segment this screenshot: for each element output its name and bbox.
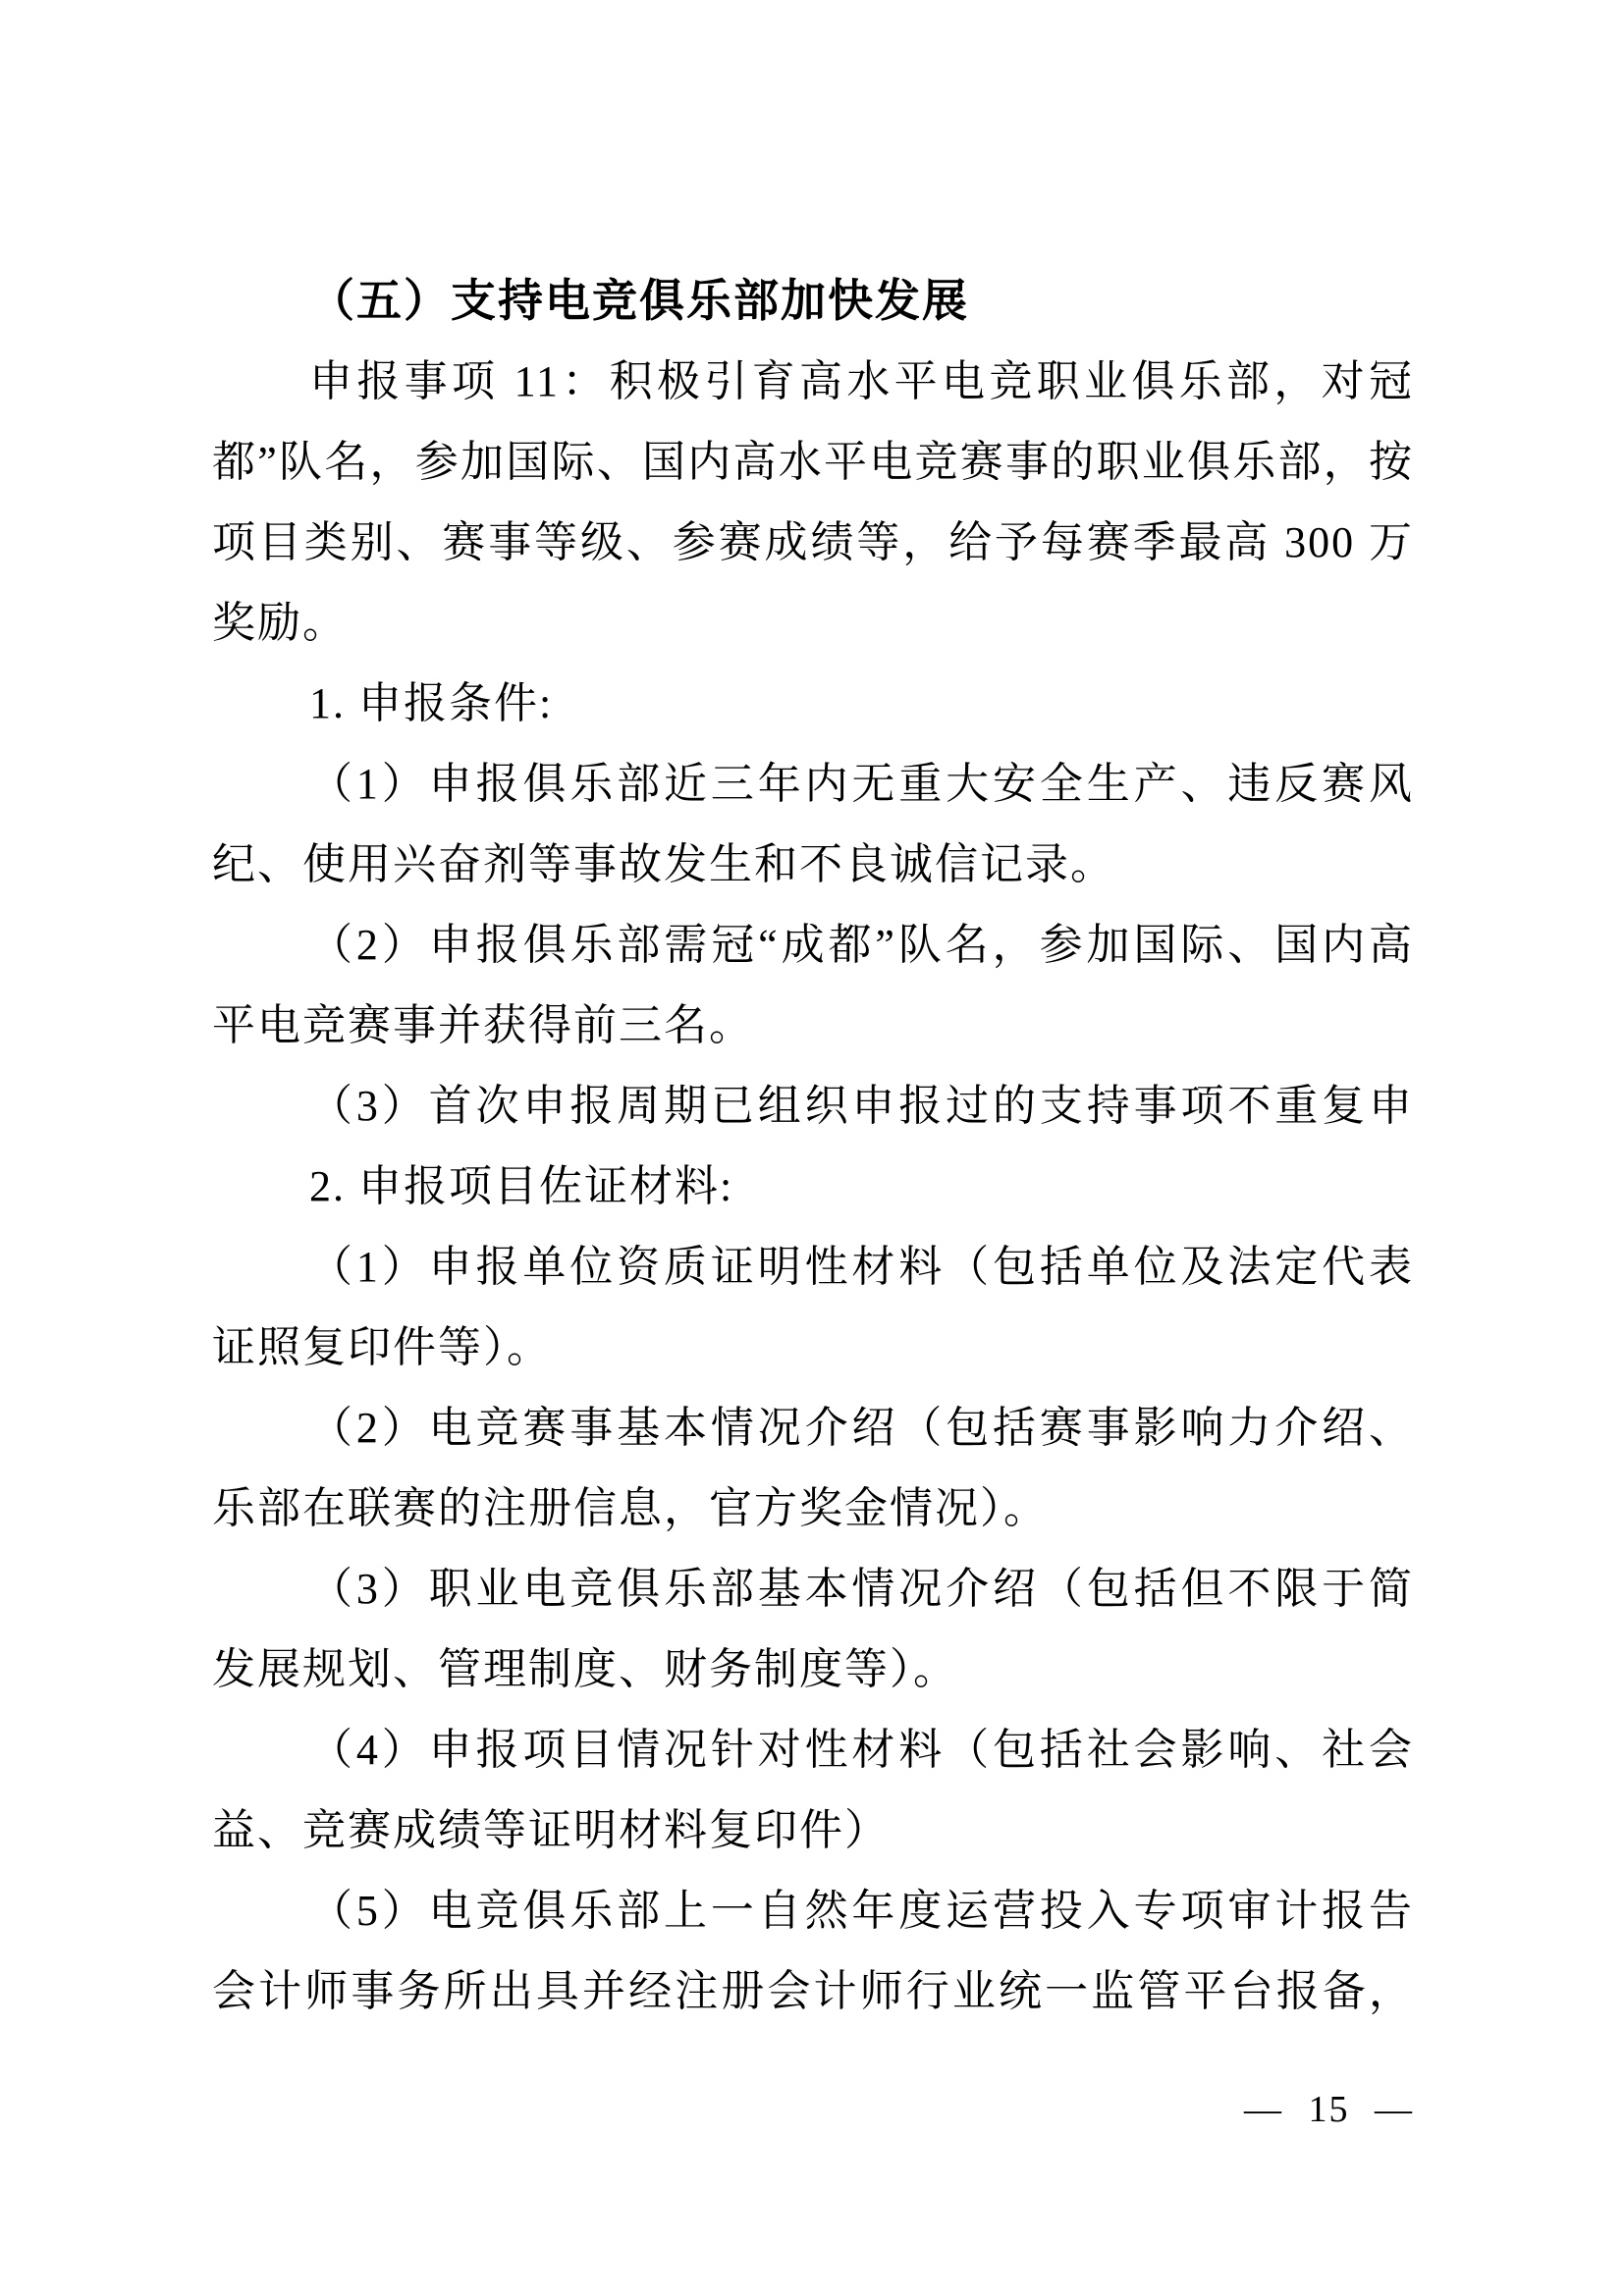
- text-line: 平电竞赛事并获得前三名。: [212, 986, 1414, 1066]
- text-line: 奖励。: [212, 583, 1414, 664]
- text-line: 益、竞赛成绩等证明材料复印件）: [212, 1790, 1414, 1871]
- text-line: 申报事项 11：积极引育高水平电竞职业俱乐部，对冠“成: [212, 342, 1414, 422]
- text-line: （2）电竞赛事基本情况介绍（包括赛事影响力介绍、俱: [212, 1388, 1414, 1468]
- text-line: （1）申报单位资质证明性材料（包括单位及法定代表人: [212, 1227, 1414, 1308]
- list-item-heading: 1. 申报条件:: [212, 664, 1414, 744]
- list-item-heading: 2. 申报项目佐证材料:: [212, 1147, 1414, 1227]
- text-line: 都”队名，参加国际、国内高水平电竞赛事的职业俱乐部，按: [212, 422, 1414, 503]
- text-line: （4）申报项目情况针对性材料（包括社会影响、社会效: [212, 1710, 1414, 1790]
- text-line: 项目类别、赛事等级、参赛成绩等，给予每赛季最高 300 万元: [212, 503, 1414, 583]
- text-line: （5）电竞俱乐部上一自然年度运营投入专项审计报告（由: [212, 1871, 1414, 1951]
- text-line: 会计师事务所出具并经注册会计师行业统一监管平台报备，报: [212, 1951, 1414, 2032]
- text-line: 发展规划、管理制度、财务制度等）。: [212, 1629, 1414, 1710]
- document-body: （五）支持电竞俱乐部加快发展 申报事项 11：积极引育高水平电竞职业俱乐部，对冠…: [212, 261, 1414, 2032]
- text-line: 证照复印件等）。: [212, 1308, 1414, 1388]
- text-line: （3）职业电竞俱乐部基本情况介绍（包括但不限于简介、: [212, 1549, 1414, 1629]
- text-line: 纪、使用兴奋剂等事故发生和不良诚信记录。: [212, 825, 1414, 905]
- text-line: 乐部在联赛的注册信息，官方奖金情况）。: [212, 1468, 1414, 1549]
- text-line: （1）申报俱乐部近三年内无重大安全生产、违反赛风赛: [212, 744, 1414, 825]
- section-heading: （五）支持电竞俱乐部加快发展: [212, 261, 1414, 342]
- document-page: （五）支持电竞俱乐部加快发展 申报事项 11：积极引育高水平电竞职业俱乐部，对冠…: [0, 0, 1624, 2296]
- page-number: — 15 —: [1244, 2087, 1414, 2132]
- text-line: （2）申报俱乐部需冠“成都”队名，参加国际、国内高水: [212, 905, 1414, 986]
- text-line: （3）首次申报周期已组织申报过的支持事项不重复申报。: [212, 1066, 1414, 1147]
